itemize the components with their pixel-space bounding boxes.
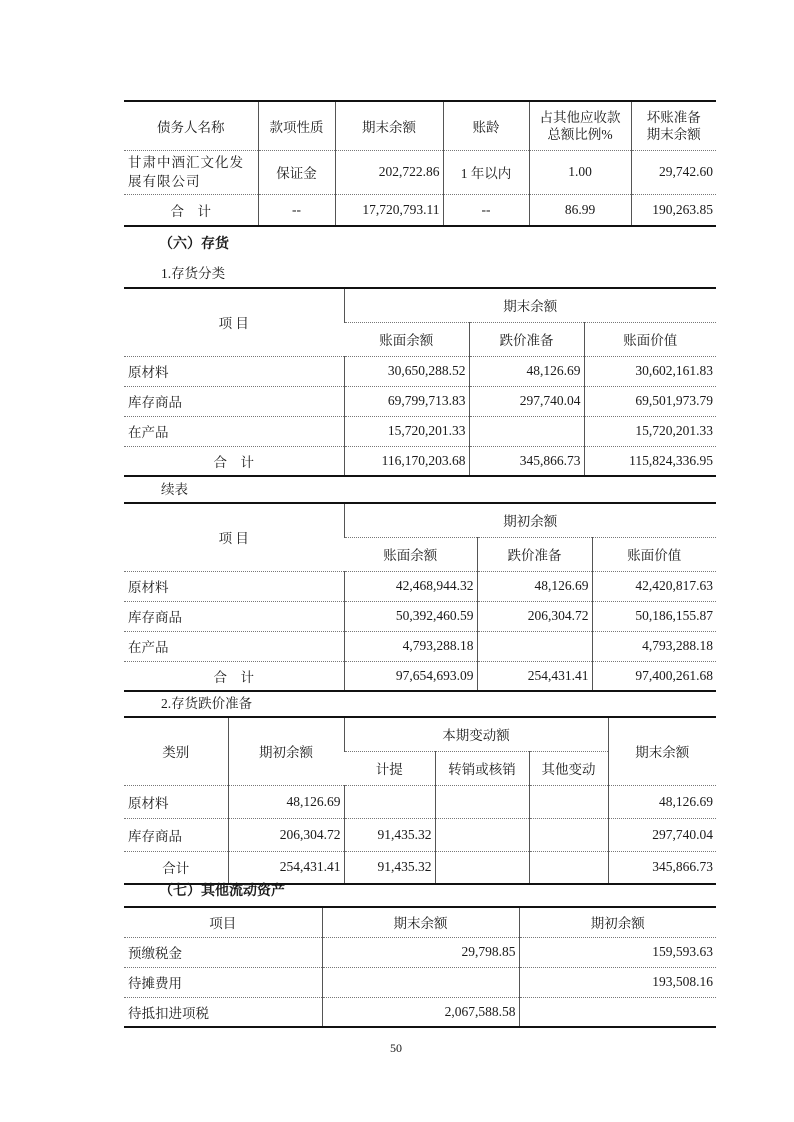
total-nature: -- [258,194,335,226]
col-accrue: 计提 [344,751,435,785]
col-item: 项 目 [124,503,344,571]
total-provision: 254,431.41 [477,661,592,691]
col-book-value: 账面价值 [592,537,716,571]
col-other-change: 其他变动 [529,751,608,785]
col-opening: 期初余额 [228,717,344,785]
item: 库存商品 [124,601,344,631]
col-book-balance: 账面余额 [344,537,477,571]
col-book-balance: 账面余额 [344,322,469,356]
bad-debt: 29,742.60 [631,150,716,194]
book-balance: 15,720,201.33 [344,416,469,446]
section-title-inventory: （六）存货 [159,233,229,253]
total-ending: 345,866.73 [608,851,716,884]
receivables-table: 债务人名称 款项性质 期末余额 账龄 占其他应收款总额比例% 坏账准备期末余额 … [124,100,716,227]
other-change [529,818,608,851]
col-item: 项目 [124,907,322,937]
col-debtor-name: 债务人名称 [124,101,258,150]
item: 在产品 [124,416,344,446]
opening: 206,304.72 [228,818,344,851]
total-label: 合 计 [124,661,344,691]
table-row: 在产品 4,793,288.18 4,793,288.18 [124,631,716,661]
book-balance: 4,793,288.18 [344,631,477,661]
book-balance: 30,650,288.52 [344,356,469,386]
total-row: 合 计 97,654,693.09 254,431.41 97,400,261.… [124,661,716,691]
book-value: 42,420,817.63 [592,571,716,601]
col-item: 项 目 [124,288,344,356]
total-writeoff [435,851,529,884]
col-category: 类别 [124,717,228,785]
bad-debt-line1: 坏账准备 [636,109,713,126]
ending [322,967,519,997]
page-number: 50 [390,1041,402,1056]
provision: 48,126.69 [469,356,584,386]
provision [477,631,592,661]
total-row: 合 计 -- 17,720,793.11 -- 86.99 190,263.85 [124,194,716,226]
col-ending-balance: 期末余额 [335,101,443,150]
table-row: 待摊费用 193,508.16 [124,967,716,997]
writeoff [435,818,529,851]
opening: 48,126.69 [228,785,344,818]
item: 原材料 [124,356,344,386]
table-row: 预缴税金 29,798.85 159,593.63 [124,937,716,967]
total-ending-balance: 17,720,793.11 [335,194,443,226]
table-row: 在产品 15,720,201.33 15,720,201.33 [124,416,716,446]
item: 库存商品 [124,386,344,416]
continued-label: 续表 [161,478,188,498]
ratio: 1.00 [529,150,631,194]
ending: 29,798.85 [322,937,519,967]
total-provision: 345,866.73 [469,446,584,476]
total-ratio: 86.99 [529,194,631,226]
total-label: 合 计 [124,194,258,226]
total-row: 合 计 116,170,203.68 345,866.73 115,824,33… [124,446,716,476]
total-other-change [529,851,608,884]
total-book-balance: 116,170,203.68 [344,446,469,476]
total-label: 合 计 [124,446,344,476]
group-ending-balance: 期末余额 [344,288,716,322]
ending: 297,740.04 [608,818,716,851]
col-ratio: 占其他应收款总额比例% [529,101,631,150]
section-title-other-current-assets: （七）其他流动资产 [159,880,285,900]
provision: 206,304.72 [477,601,592,631]
col-provision: 跌价准备 [469,322,584,356]
inventory-opening-table: 项 目 期初余额 账面余额 跌价准备 账面价值 原材料 42,468,944.3… [124,502,716,692]
provision-table: 类别 期初余额 本期变动额 期末余额 计提 转销或核销 其他变动 原材料 48,… [124,716,716,885]
table-row: 原材料 48,126.69 48,126.69 [124,785,716,818]
col-bad-debt: 坏账准备期末余额 [631,101,716,150]
item: 待抵扣进项税 [124,997,322,1027]
col-nature: 款项性质 [258,101,335,150]
total-bad-debt: 190,263.85 [631,194,716,226]
book-value: 69,501,973.79 [584,386,716,416]
col-ending: 期末余额 [608,717,716,785]
opening: 193,508.16 [519,967,716,997]
col-book-value: 账面价值 [584,322,716,356]
opening [519,997,716,1027]
table-row: 库存商品 206,304.72 91,435.32 297,740.04 [124,818,716,851]
ratio-line1: 占其他应收款 [534,109,627,126]
opening: 159,593.63 [519,937,716,967]
subsection-inventory-provision: 2.存货跌价准备 [161,692,252,712]
total-book-balance: 97,654,693.09 [344,661,477,691]
table-row: 待抵扣进项税 2,067,588.58 [124,997,716,1027]
item: 预缴税金 [124,937,322,967]
item: 待摊费用 [124,967,322,997]
table-row: 库存商品 50,392,460.59 206,304.72 50,186,155… [124,601,716,631]
book-value: 50,186,155.87 [592,601,716,631]
book-balance: 50,392,460.59 [344,601,477,631]
col-ending: 期末余额 [322,907,519,937]
aging: 1 年以内 [443,150,529,194]
category: 库存商品 [124,818,228,851]
other-current-assets-table: 项目 期末余额 期初余额 预缴税金 29,798.85 159,593.63 待… [124,906,716,1028]
ending: 2,067,588.58 [322,997,519,1027]
other-change [529,785,608,818]
debtor-name: 甘肃中酒汇文化发展有限公司 [124,150,258,194]
subsection-inventory-classification: 1.存货分类 [161,262,225,282]
table-row: 库存商品 69,799,713.83 297,740.04 69,501,973… [124,386,716,416]
ending: 48,126.69 [608,785,716,818]
book-balance: 42,468,944.32 [344,571,477,601]
total-accrue: 91,435.32 [344,851,435,884]
table-row: 甘肃中酒汇文化发展有限公司 保证金 202,722.86 1 年以内 1.00 … [124,150,716,194]
col-writeoff: 转销或核销 [435,751,529,785]
provision: 48,126.69 [477,571,592,601]
col-provision: 跌价准备 [477,537,592,571]
total-book-value: 115,824,336.95 [584,446,716,476]
group-period-change: 本期变动额 [344,717,608,751]
book-value: 30,602,161.83 [584,356,716,386]
ratio-line2: 总额比例% [534,126,627,143]
item: 原材料 [124,571,344,601]
category: 原材料 [124,785,228,818]
group-opening-balance: 期初余额 [344,503,716,537]
book-value: 15,720,201.33 [584,416,716,446]
col-aging: 账龄 [443,101,529,150]
writeoff [435,785,529,818]
bad-debt-line2: 期末余额 [636,126,713,143]
provision [469,416,584,446]
table-row: 原材料 30,650,288.52 48,126.69 30,602,161.8… [124,356,716,386]
provision: 297,740.04 [469,386,584,416]
total-book-value: 97,400,261.68 [592,661,716,691]
accrue [344,785,435,818]
inventory-ending-table: 项 目 期末余额 账面余额 跌价准备 账面价值 原材料 30,650,288.5… [124,287,716,477]
ending-balance: 202,722.86 [335,150,443,194]
item: 在产品 [124,631,344,661]
table-row: 原材料 42,468,944.32 48,126.69 42,420,817.6… [124,571,716,601]
book-balance: 69,799,713.83 [344,386,469,416]
accrue: 91,435.32 [344,818,435,851]
nature: 保证金 [258,150,335,194]
col-opening: 期初余额 [519,907,716,937]
total-aging: -- [443,194,529,226]
book-value: 4,793,288.18 [592,631,716,661]
